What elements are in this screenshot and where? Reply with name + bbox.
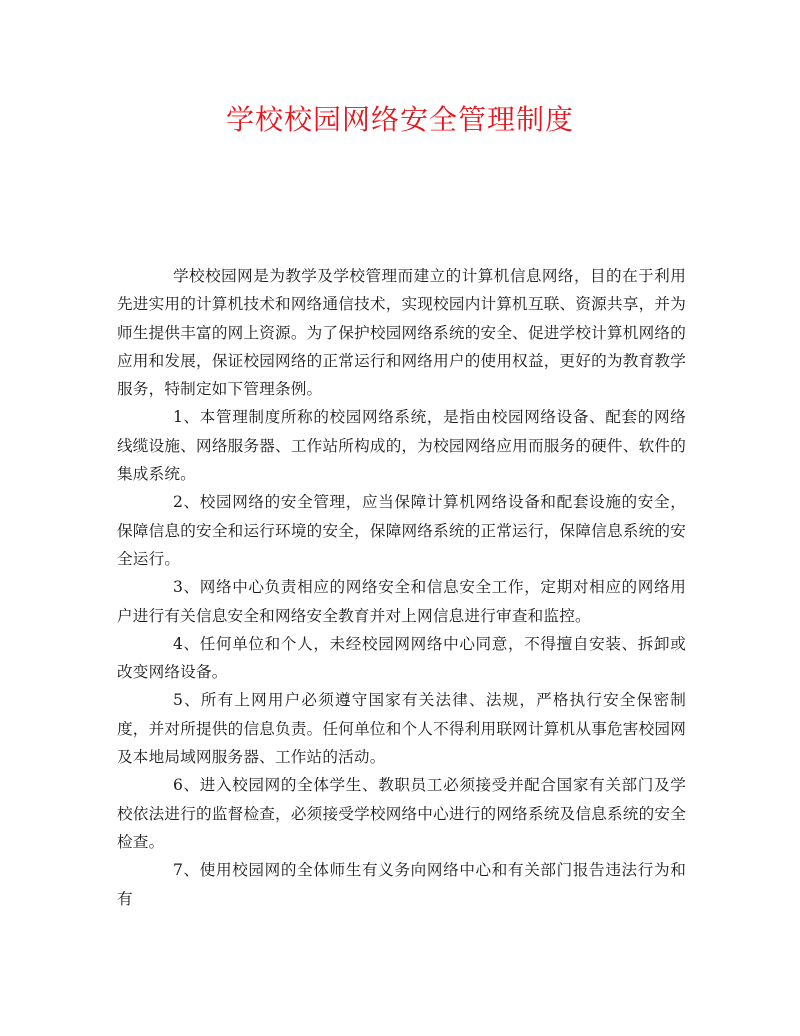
paragraph-article-4: 4、任何单位和个人，未经校园网网络中心同意，不得擅自安装、拆卸或改变网络设备。 — [117, 630, 686, 687]
paragraph-article-6: 6、进入校园网的全体学生、教职员工必须接受并配合国家有关部门及学校依法进行的监督… — [117, 771, 686, 856]
paragraph-article-3: 3、网络中心负责相应的网络安全和信息安全工作，定期对相应的网络用户进行有关信息安… — [117, 573, 686, 630]
document-body: 学校校园网是为教学及学校管理而建立的计算机信息网络，目的在于利用先进实用的计算机… — [117, 262, 686, 913]
document-title: 学校校园网络安全管理制度 — [0, 100, 800, 140]
paragraph-intro: 学校校园网是为教学及学校管理而建立的计算机信息网络，目的在于利用先进实用的计算机… — [117, 262, 686, 403]
document-page: 学校校园网络安全管理制度 学校校园网是为教学及学校管理而建立的计算机信息网络，目… — [0, 0, 800, 1036]
paragraph-article-7: 7、使用校园网的全体师生有义务向网络中心和有关部门报告违法行为和有 — [117, 856, 686, 913]
paragraph-article-5: 5、所有上网用户必须遵守国家有关法律、法规，严格执行安全保密制度，并对所提供的信… — [117, 686, 686, 771]
paragraph-article-2: 2、校园网络的安全管理，应当保障计算机网络设备和配套设施的安全，保障信息的安全和… — [117, 488, 686, 573]
paragraph-article-1: 1、本管理制度所称的校园网络系统，是指由校园网络设备、配套的网络线缆设施、网络服… — [117, 403, 686, 488]
